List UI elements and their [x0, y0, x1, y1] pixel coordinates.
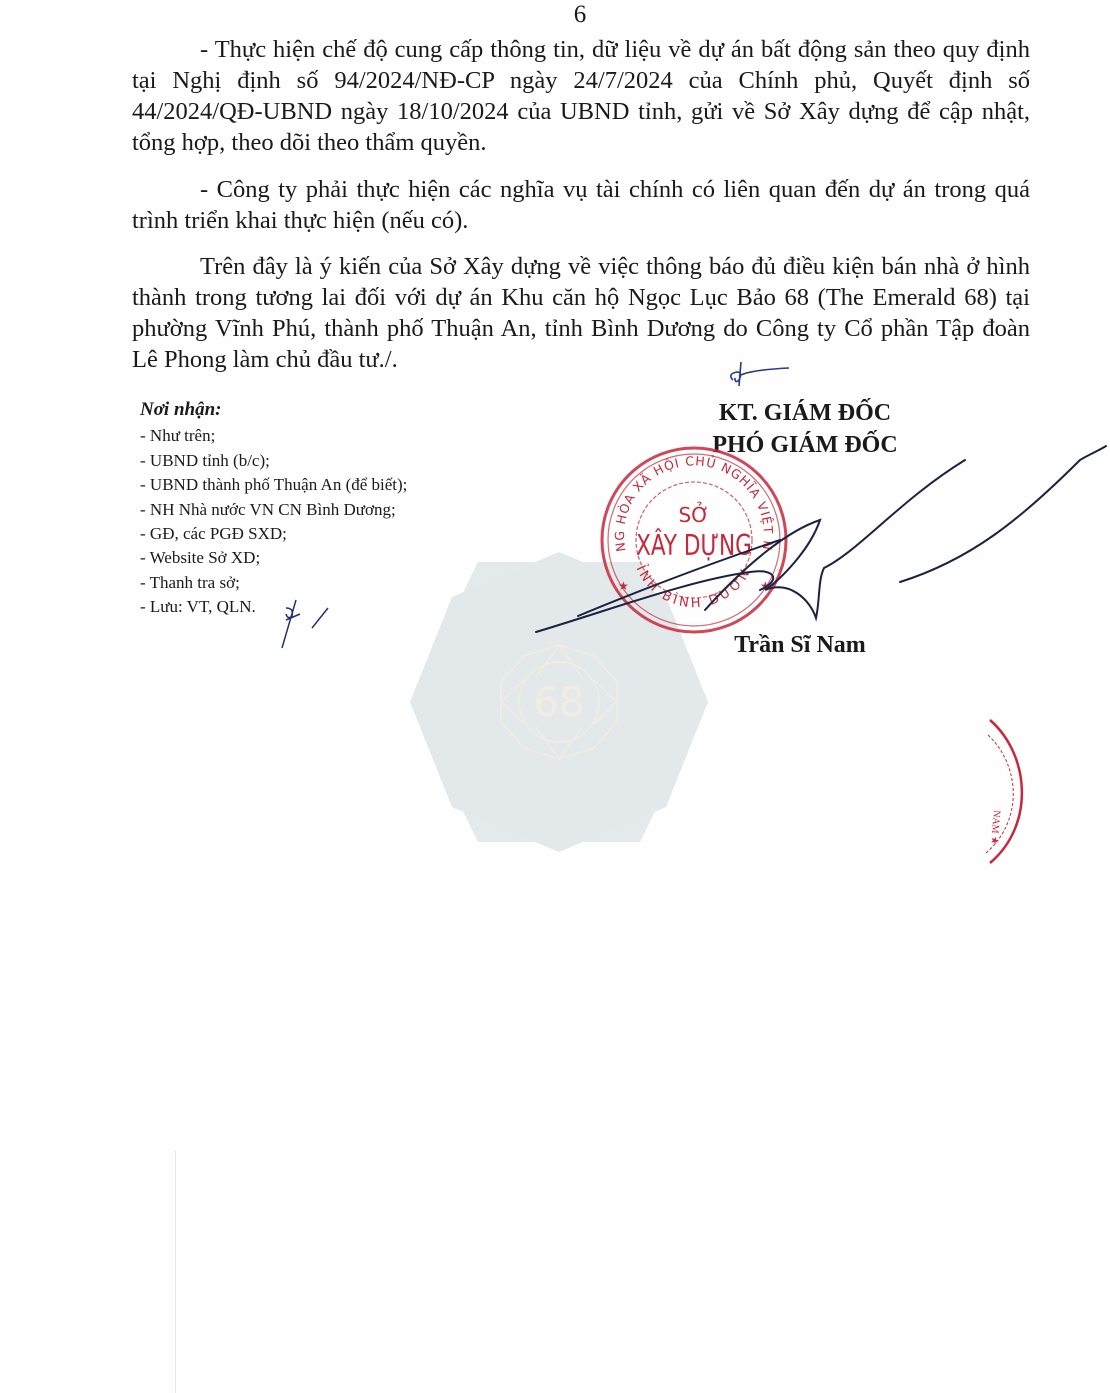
recipient-item: UBND thành phố Thuận An (để biết);	[140, 473, 500, 497]
recipient-item: Thanh tra sở;	[140, 571, 500, 595]
recipients-heading: Nơi nhận:	[140, 398, 500, 422]
watermark-label: 68	[534, 680, 585, 726]
recipient-item: GĐ, các PGĐ SXD;	[140, 522, 500, 546]
recipients-list: Nơi nhận: Như trên; UBND tỉnh (b/c); UBN…	[140, 398, 500, 620]
signer-name: Trần Sĩ Nam	[700, 632, 900, 659]
paragraph-conclusion: Trên đây là ý kiến của Sở Xây dựng về vi…	[132, 251, 1030, 375]
recipient-item: Như trên;	[140, 424, 500, 448]
recipient-item: UBND tỉnh (b/c);	[140, 449, 500, 473]
initial-mark-icon	[278, 598, 338, 650]
recipient-item: Website Sở XD;	[140, 546, 500, 570]
recipient-item: NH Nhà nước VN CN Bình Dương;	[140, 498, 500, 522]
paragraph-financial-obligations: - Công ty phải thực hiện các nghĩa vụ tà…	[132, 174, 1030, 236]
scan-margin-line	[175, 1150, 176, 1393]
initial-signature-icon	[725, 358, 795, 388]
svg-text:NAM ★: NAM ★	[988, 810, 1002, 846]
signer-title-line1: KT. GIÁM ĐỐC	[660, 397, 950, 429]
page-number: 6	[0, 0, 1110, 30]
handwritten-signature	[520, 440, 1110, 650]
partial-seal-icon: NAM ★	[980, 715, 1040, 865]
paragraph-info-provision: - Thực hiện chế độ cung cấp thông tin, d…	[132, 34, 1030, 158]
